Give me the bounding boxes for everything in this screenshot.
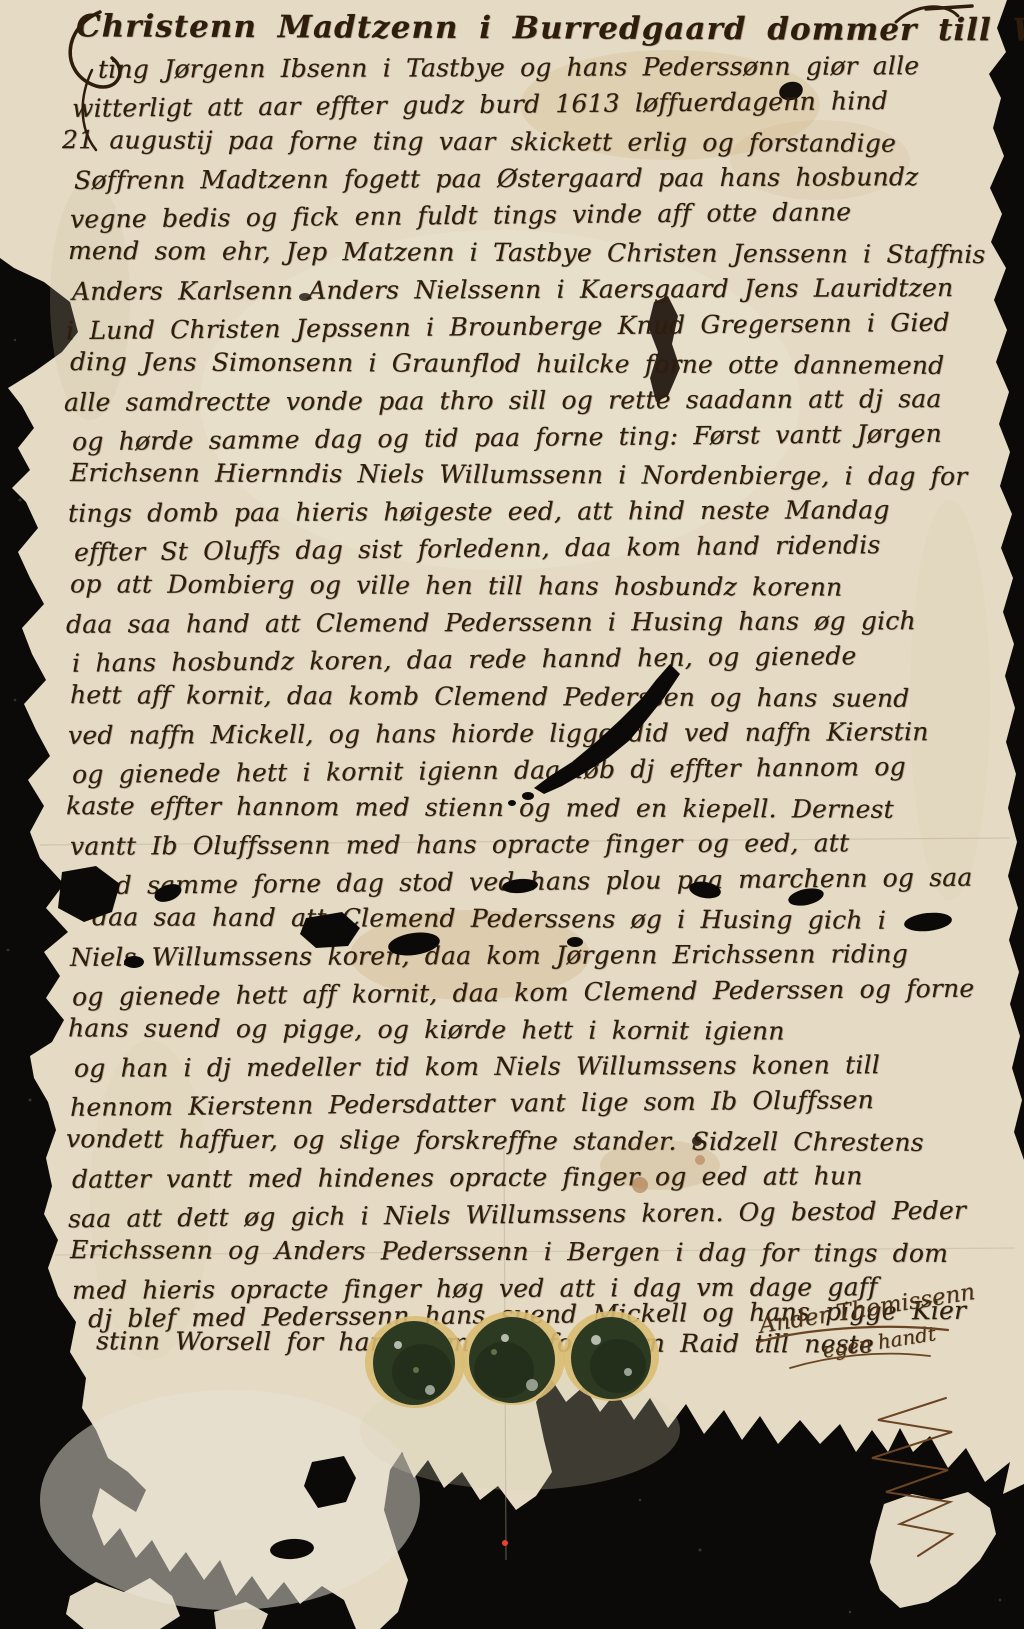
manuscript-text-line: og gienede hett aff kornit, daa kom Clem… — [72, 976, 975, 1010]
manuscript-text-line: op att Dombierg og ville hen till hans h… — [70, 571, 842, 599]
manuscript-text-line: og hørde samme dag og tid paa forne ting… — [72, 421, 942, 454]
manuscript-text-line: hand samme forne dag stod ved hans plou … — [68, 865, 973, 899]
manuscript-text-line: witterligt att aar effter gudz burd 1613… — [72, 88, 888, 121]
manuscript-text-line: vantt Ib Oluffssenn med hans opracte fin… — [70, 830, 849, 858]
handwritten-text-block: Christenn Madtzenn i Burredgaard dommer … — [0, 0, 1024, 1629]
signature-subscript: egen handt — [821, 1321, 938, 1363]
manuscript-photo: Christenn Madtzenn i Burredgaard dommer … — [0, 0, 1024, 1629]
manuscript-text-line: Niels Willumssens koren, daa kom Jørgenn… — [70, 941, 908, 970]
manuscript-text-line: mend som ehr, Jep Matzenn i Tastbye Chri… — [68, 238, 986, 267]
manuscript-text-line: daa saa hand att Clemend Pederssens øg i… — [92, 904, 886, 932]
manuscript-text-line: vegne bedis og fick enn fuldt tings vind… — [70, 199, 851, 231]
manuscript-text-line: effter St Oluffs dag sist forledenn, daa… — [74, 532, 881, 565]
manuscript-text-line: i Lund Christen Jepssenn i Brounberge Kn… — [66, 310, 950, 343]
manuscript-text-line: og gienede hett i kornit igienn daa løb … — [72, 754, 906, 787]
manuscript-text-line: hans suend og pigge, og kiørde hett i ko… — [68, 1015, 785, 1043]
manuscript-text-line: ding Jens Simonsenn i Graunflod huilcke … — [70, 349, 944, 378]
manuscript-text-line: ting Jørgenn Ibsenn i Tastbye og hans Pe… — [98, 53, 919, 82]
manuscript-text-line: Anders Karlsenn Anders Nielssenn i Kaers… — [72, 275, 953, 304]
manuscript-text-line: datter vantt med hindenes opracte finger… — [72, 1163, 863, 1191]
manuscript-text-line: vondett haffuer, og slige forskreffne st… — [66, 1126, 924, 1155]
manuscript-text-line: stinn Worsell for hans bom pell for Hern… — [96, 1328, 874, 1356]
manuscript-text-line: Erichsenn Hiernndis Niels Willumssenn i … — [70, 460, 968, 489]
manuscript-text-line: i hans hosbundz koren, daa rede hannd he… — [72, 643, 857, 676]
manuscript-text-line: kaste effter hannom med stienn og med en… — [66, 793, 894, 822]
manuscript-text-line: tings domb paa hieris høigeste eed, att … — [68, 497, 890, 526]
manuscript-text-line: Erichssenn og Anders Pederssenn i Bergen… — [70, 1237, 948, 1266]
manuscript-text-line: ved naffn Mickell, og hans hiorde ligge … — [68, 719, 929, 748]
manuscript-text-line: og han i dj medeller tid kom Niels Willu… — [74, 1052, 880, 1081]
manuscript-text-line: hennom Kierstenn Pedersdatter vant lige … — [70, 1087, 874, 1120]
manuscript-text-line: alle samdrectte vonde paa thro sill og r… — [64, 386, 942, 415]
manuscript-text-line: Søffrenn Madtzenn fogett paa Østergaard … — [74, 164, 918, 193]
manuscript-text-line: saa att dett øg gich i Niels Willumssens… — [68, 1198, 966, 1232]
manuscript-text-line: 21 augustij paa forne ting vaar skickett… — [62, 127, 896, 156]
manuscript-title-line: Christenn Madtzenn i Burredgaard dommer … — [76, 11, 1024, 47]
manuscript-text-line: hett aff kornit, daa komb Clemend Peders… — [70, 682, 910, 711]
manuscript-text-line: daa saa hand att Clemend Pederssenn i Hu… — [66, 608, 916, 637]
